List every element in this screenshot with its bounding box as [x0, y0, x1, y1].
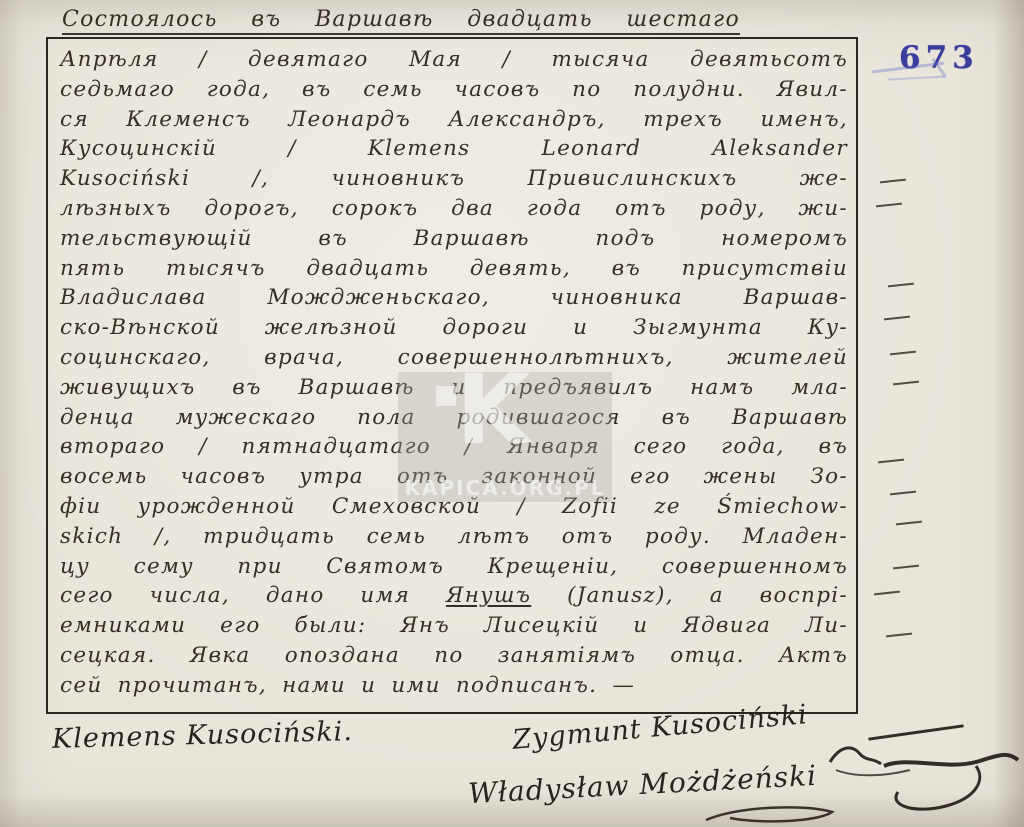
- margin-filler-dash: [888, 283, 914, 288]
- record-line: сецкая. Явка опоздана по занятіямъ отца.…: [60, 641, 848, 671]
- blue-pencil-mark: [888, 75, 946, 80]
- signature-wladyslaw-mozdzenski: Władysław Możdżeński: [467, 759, 817, 810]
- record-line: тельствующій въ Варшавѣ подъ номеромъ: [60, 224, 848, 254]
- watermark-url-text: KAPICA.ORG.PL: [398, 476, 612, 500]
- record-line: сей прочитанъ, нами и ими подписанъ. —: [60, 671, 848, 701]
- registry-record-page: Состоялось въ Варшавѣ двадцать шестаго 6…: [0, 0, 1024, 827]
- watermark-logo-square: [436, 386, 456, 406]
- archive-watermark: K KAPICA.ORG.PL: [398, 372, 612, 502]
- record-line: ся Клеменсъ Леонардъ Александръ, трехъ и…: [60, 105, 848, 135]
- record-line: Kusociński /, чиновникъ Привислинскихъ ж…: [60, 164, 848, 194]
- record-line: Владислава Мождженьскаго, чиновника Варш…: [60, 283, 848, 313]
- record-line: Апрѣля / девятаго Мая / тысяча девятьсот…: [60, 45, 848, 75]
- margin-filler-dash: [893, 381, 919, 386]
- record-line: емниками его были: Янъ Лисецкій и Ядвига…: [60, 611, 848, 641]
- record-line: skich /, тридцать семь лѣтъ отъ роду. Мл…: [60, 522, 848, 552]
- record-heading-line: Состоялось въ Варшавѣ двадцать шестаго: [62, 7, 740, 35]
- record-line-child-name: сего числа, дано имя Янушъ (Janusz), а в…: [60, 581, 848, 611]
- record-line: седьмаго года, въ семь часовъ по полудни…: [60, 75, 848, 105]
- record-line: лѣзныхъ дорогъ, сорокъ два года отъ роду…: [60, 194, 848, 224]
- record-line: Кусоцинскій / Klemens Leonard Aleksander: [60, 134, 848, 164]
- record-line: ско-Вѣнской желѣзной дороги и Зыгмунта К…: [60, 313, 848, 343]
- record-line: пять тысячъ двадцать девять, въ присутст…: [60, 254, 848, 284]
- margin-filler-dash: [876, 203, 902, 208]
- child-name-underlined: Янушъ: [446, 583, 531, 608]
- signature-klemens-kusocinski: Klemens Kusociński.: [52, 716, 354, 755]
- margin-filler-dash: [893, 565, 919, 570]
- name-line-suffix: (Janusz), а воспрі-: [531, 583, 848, 608]
- signature-flourish-loop: [700, 804, 840, 826]
- registrar-paraph-signature: [826, 736, 1024, 824]
- record-line: социнскаго, врача, совершеннолѣтнихъ, жи…: [60, 343, 848, 373]
- margin-filler-dash: [874, 591, 900, 596]
- margin-filler-dash: [886, 633, 912, 638]
- margin-filler-dash: [890, 351, 916, 356]
- record-line: цу сему при Святомъ Крещеніи, совершенно…: [60, 552, 848, 582]
- watermark-logo-letter: K: [456, 354, 530, 466]
- margin-filler-dash: [884, 316, 910, 321]
- margin-filler-dash: [896, 521, 922, 526]
- margin-filler-dash: [878, 459, 904, 464]
- margin-filler-dash: [890, 491, 916, 496]
- name-line-prefix: сего числа, дано имя: [60, 583, 446, 608]
- margin-filler-dash: [880, 179, 906, 184]
